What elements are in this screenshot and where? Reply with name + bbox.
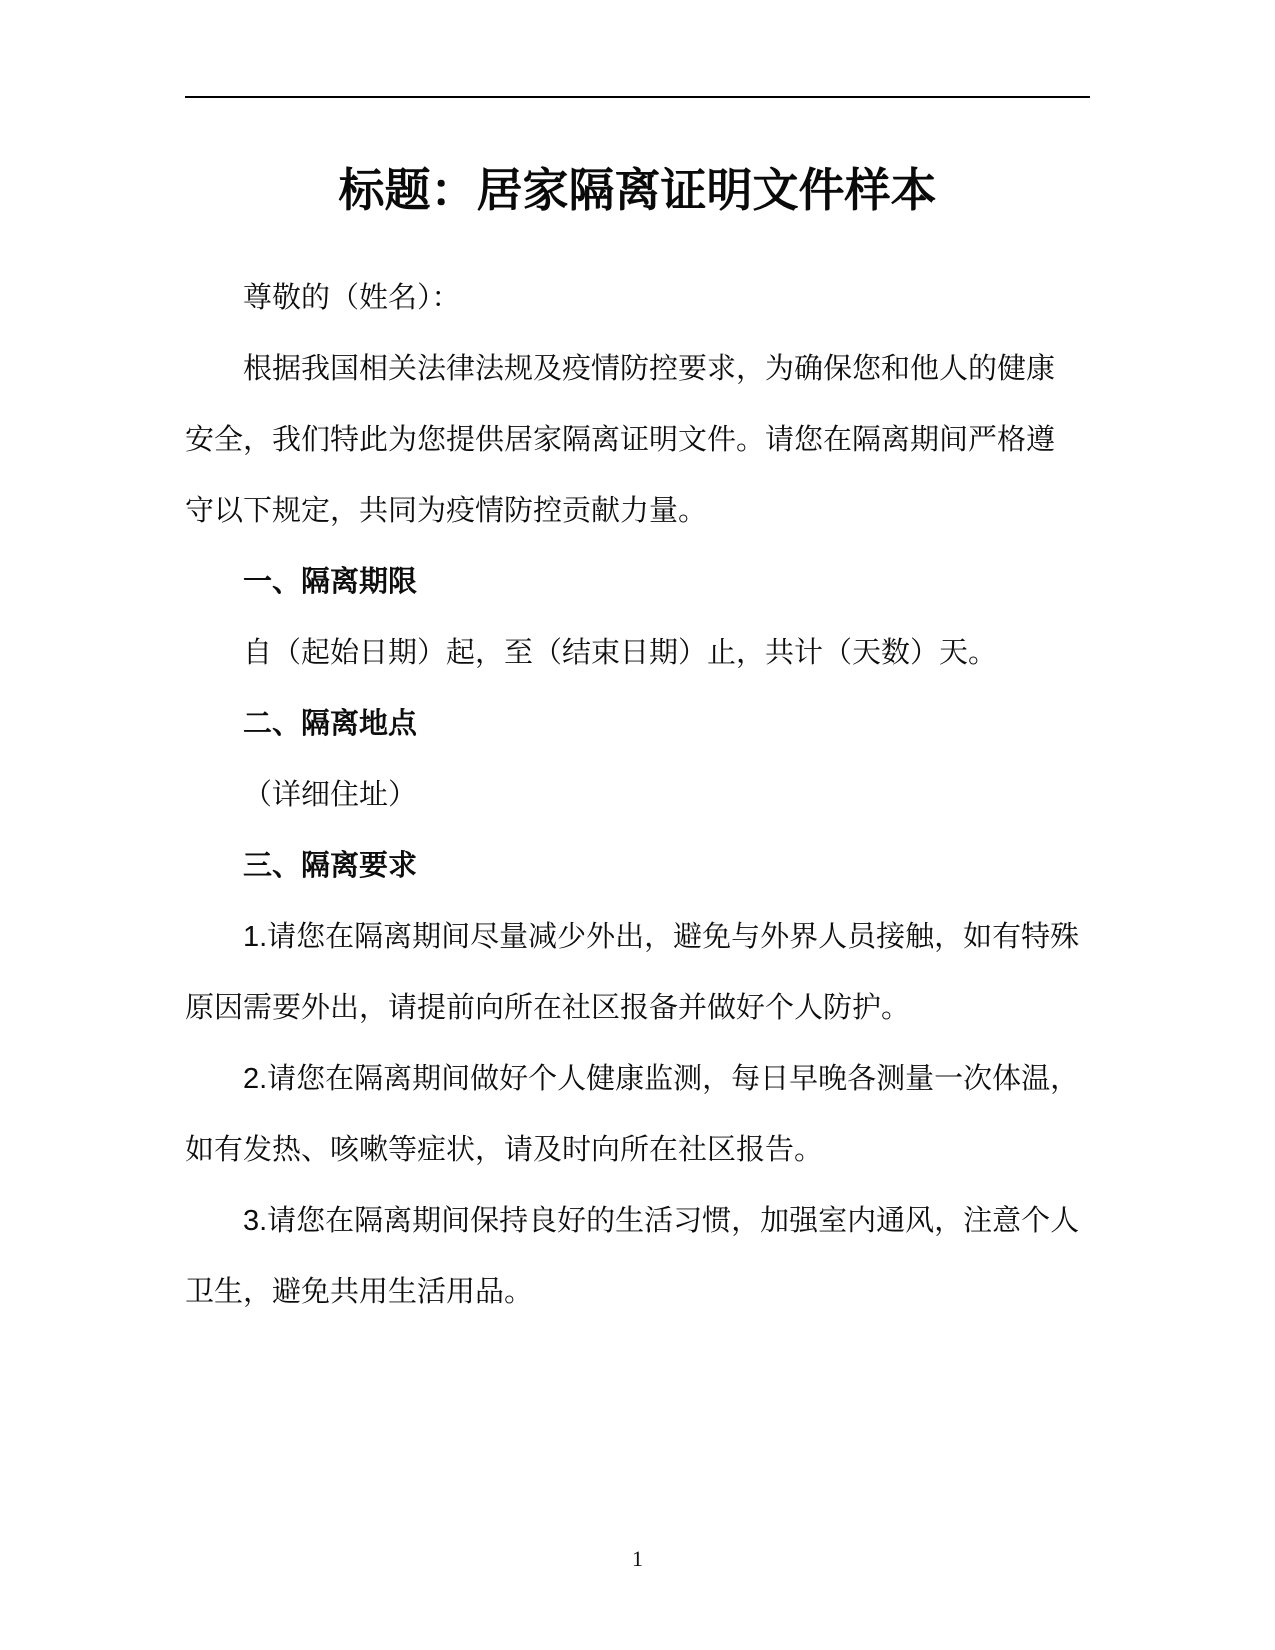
text-line: 自（起始日期）起，至（结束日期）止，共计（天数）天。 — [185, 618, 1090, 689]
text-line: 一、隔离期限 — [185, 547, 1090, 618]
text-line: 原因需要外出，请提前向所在社区报备并做好个人防护。 — [185, 973, 1090, 1044]
paragraph: 自（起始日期）起，至（结束日期）止，共计（天数）天。 — [185, 618, 1090, 689]
paragraph: 尊敬的（姓名）： — [185, 263, 1090, 334]
document-title: 标题：居家隔离证明文件样本 — [185, 150, 1090, 230]
section-heading: 三、隔离要求 — [185, 831, 1090, 902]
text-line: （详细住址） — [185, 760, 1090, 831]
document-content: 标题：居家隔离证明文件样本 尊敬的（姓名）：根据我国相关法律法规及疫情防控要求，… — [185, 150, 1090, 1328]
text-line: 1.请您在隔离期间尽量减少外出，避免与外界人员接触，如有特殊 — [185, 902, 1090, 973]
text-line: 根据我国相关法律法规及疫情防控要求，为确保您和他人的健康 — [185, 334, 1090, 405]
text-line: 卫生，避免共用生活用品。 — [185, 1257, 1090, 1328]
text-line: 如有发热、咳嗽等症状，请及时向所在社区报告。 — [185, 1115, 1090, 1186]
paragraph: 3.请您在隔离期间保持良好的生活习惯，加强室内通风，注意个人卫生，避免共用生活用… — [185, 1186, 1090, 1328]
paragraph: 根据我国相关法律法规及疫情防控要求，为确保您和他人的健康安全，我们特此为您提供居… — [185, 334, 1090, 547]
text-line: 二、隔离地点 — [185, 689, 1090, 760]
document-page: 标题：居家隔离证明文件样本 尊敬的（姓名）：根据我国相关法律法规及疫情防控要求，… — [0, 0, 1275, 1650]
text-line: 尊敬的（姓名）： — [185, 263, 1090, 334]
paragraph: （详细住址） — [185, 760, 1090, 831]
page-number: 1 — [0, 1544, 1275, 1574]
text-line: 三、隔离要求 — [185, 831, 1090, 902]
section-heading: 二、隔离地点 — [185, 689, 1090, 760]
paragraph: 2.请您在隔离期间做好个人健康监测，每日早晚各测量一次体温，如有发热、咳嗽等症状… — [185, 1044, 1090, 1186]
text-line: 3.请您在隔离期间保持良好的生活习惯，加强室内通风，注意个人 — [185, 1186, 1090, 1257]
section-heading: 一、隔离期限 — [185, 547, 1090, 618]
document-body: 尊敬的（姓名）：根据我国相关法律法规及疫情防控要求，为确保您和他人的健康安全，我… — [185, 263, 1090, 1328]
text-line: 守以下规定，共同为疫情防控贡献力量。 — [185, 476, 1090, 547]
text-line: 2.请您在隔离期间做好个人健康监测，每日早晚各测量一次体温， — [185, 1044, 1090, 1115]
paragraph: 1.请您在隔离期间尽量减少外出，避免与外界人员接触，如有特殊原因需要外出，请提前… — [185, 902, 1090, 1044]
header-rule — [185, 96, 1090, 98]
text-line: 安全，我们特此为您提供居家隔离证明文件。请您在隔离期间严格遵 — [185, 405, 1090, 476]
